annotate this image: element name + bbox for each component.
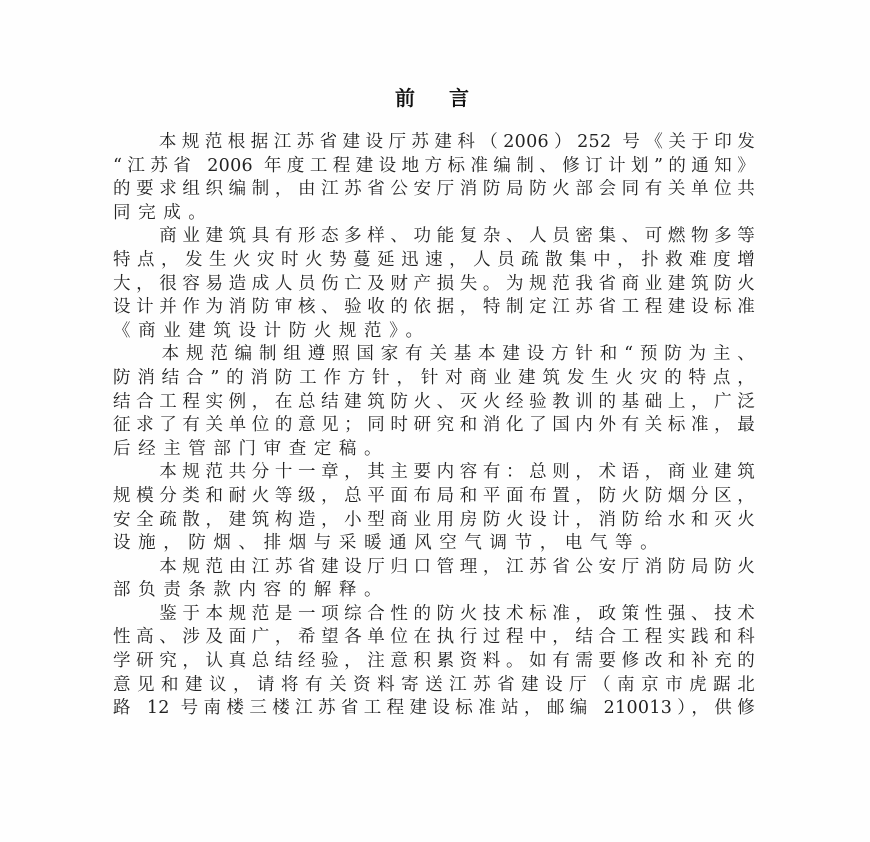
text-line: 本规范根据江苏省建设厅苏建科（2006）252 号《关于印发 bbox=[113, 131, 755, 155]
text-line: 学研究，认真总结经验，注意积累资料。如有需要修改和补充的 bbox=[113, 650, 755, 674]
text-line: 部负责条款内容的解释。 bbox=[113, 579, 755, 603]
text-line: 同完成。 bbox=[113, 202, 755, 226]
text-line: 意见和建议，请将有关资料寄送江苏省建设厅（南京市虎踞北 bbox=[113, 674, 755, 698]
text-line: 的要求组织编制，由江苏省公安厅消防局防火部会同有关单位共 bbox=[113, 178, 755, 202]
text-line: 规模分类和耐火等级，总平面布局和平面布置，防火防烟分区， bbox=[113, 485, 755, 509]
text-line: 《商业建筑设计防火规范》。 bbox=[113, 320, 755, 344]
title-char-1: 前 bbox=[395, 86, 415, 110]
preface-body: 本规范根据江苏省建设厅苏建科（2006）252 号《关于印发“江苏省 2006 … bbox=[113, 131, 755, 721]
text-line: 商业建筑具有形态多样、功能复杂、人员密集、可燃物多等 bbox=[113, 225, 755, 249]
text-line: 安全疏散，建筑构造，小型商业用房防火设计，消防给水和灭火 bbox=[113, 509, 755, 533]
text-line: 防消结合”的消防工作方针，针对商业建筑发生火灾的特点， bbox=[113, 367, 755, 391]
text-line: 结合工程实例，在总结建筑防火、灭火经验教训的基础上，广泛 bbox=[113, 391, 755, 415]
text-line: 设计并作为消防审核、验收的依据，特制定江苏省工程建设标准 bbox=[113, 296, 755, 320]
text-line: 后经主管部门审查定稿。 bbox=[113, 438, 755, 462]
text-line: 性高、涉及面广，希望各单位在执行过程中，结合工程实践和科 bbox=[113, 626, 755, 650]
text-line: 本规范共分十一章，其主要内容有：总则，术语，商业建筑 bbox=[113, 461, 755, 485]
text-line: 鉴于本规范是一项综合性的防火技术标准，政策性强、技术 bbox=[113, 603, 755, 627]
text-line: 大，很容易造成人员伤亡及财产损失。为规范我省商业建筑防火 bbox=[113, 273, 755, 297]
text-line: 特点，发生火灾时火势蔓延迅速，人员疏散集中，扑救难度增 bbox=[113, 249, 755, 273]
text-line: 本规范由江苏省建设厅归口管理，江苏省公安厅消防局防火 bbox=[113, 556, 755, 580]
text-line: 设施，防烟、排烟与采暖通风空气调节，电气等。 bbox=[113, 532, 755, 556]
text-line: 本规范编制组遵照国家有关基本建设方针和“预防为主、 bbox=[113, 343, 755, 367]
text-line: “江苏省 2006 年度工程建设地方标准编制、修订计划”的通知》 bbox=[113, 155, 755, 179]
text-line: 路 12 号南楼三楼江苏省工程建设标准站，邮编 210013），供修 bbox=[113, 697, 755, 721]
page-title: 前言 bbox=[0, 86, 864, 110]
document-page: 前言 本规范根据江苏省建设厅苏建科（2006）252 号《关于印发“江苏省 20… bbox=[0, 0, 870, 842]
title-char-2: 言 bbox=[449, 86, 469, 110]
text-line: 征求了有关单位的意见；同时研究和消化了国内外有关标准，最 bbox=[113, 414, 755, 438]
